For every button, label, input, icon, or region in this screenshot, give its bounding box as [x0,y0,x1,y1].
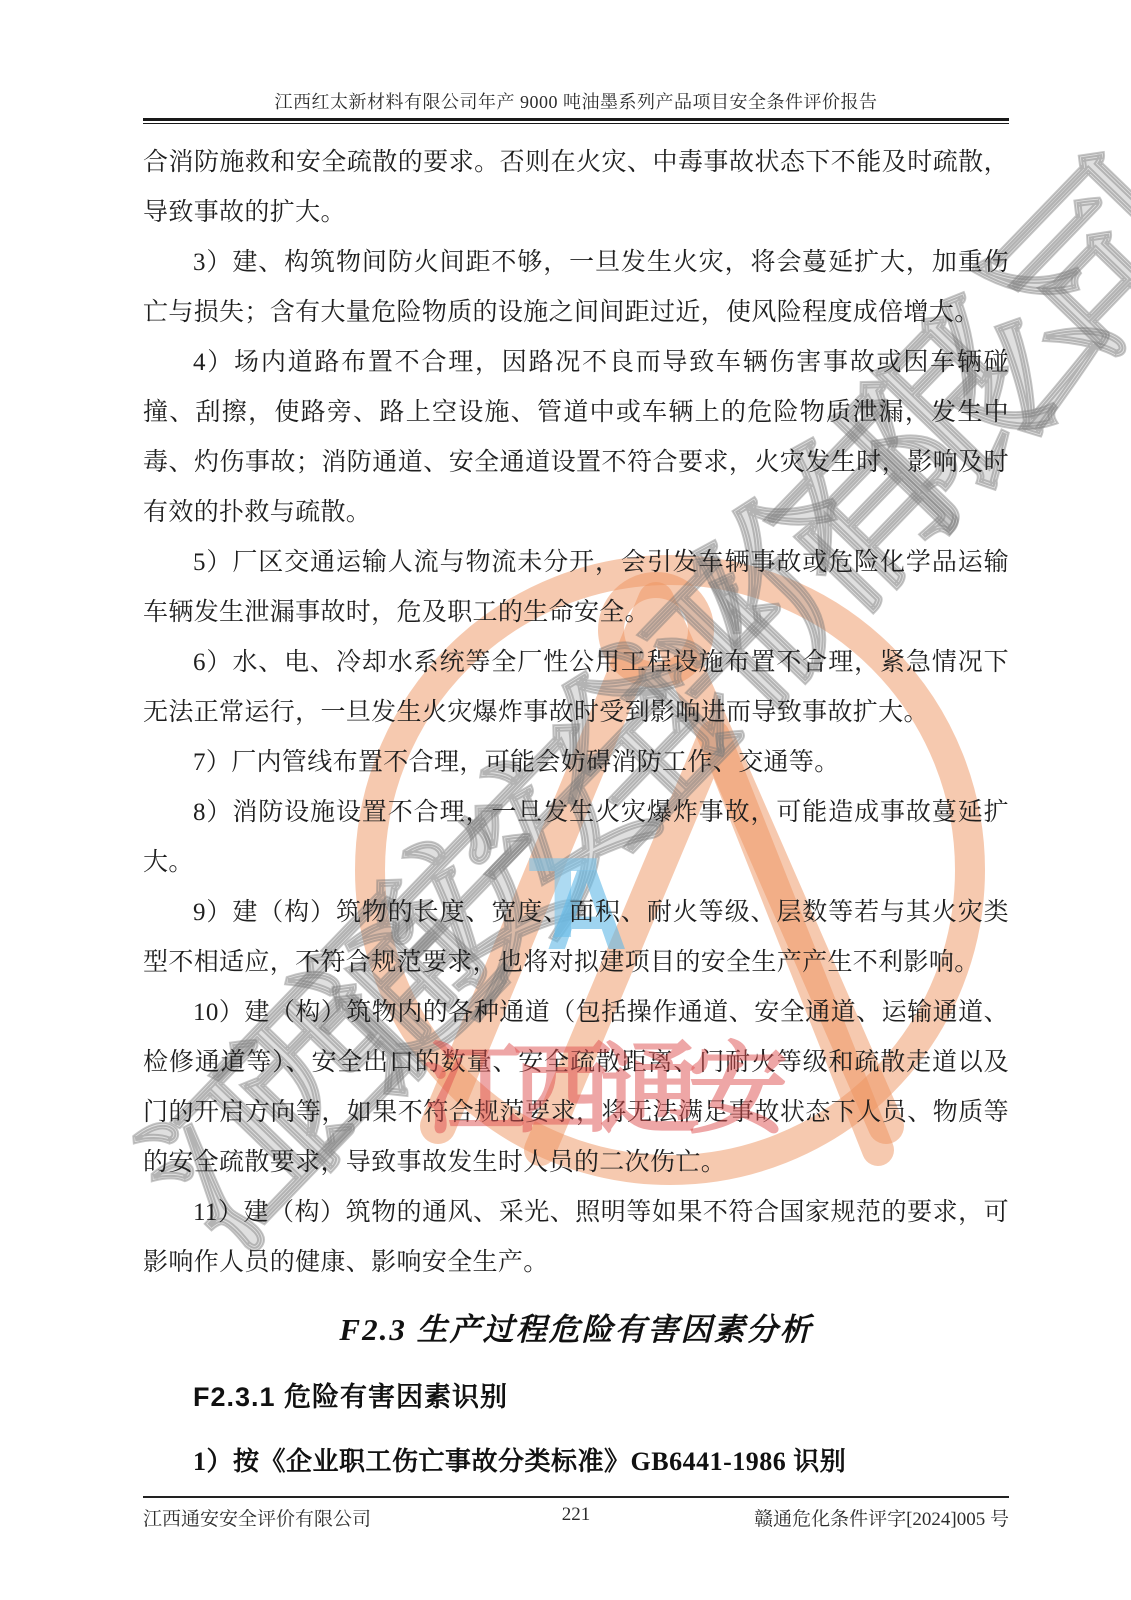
body-paragraph: 11）建（构）筑物的通风、采光、照明等如果不符合国家规范的要求，可影响作人员的健… [143,1188,1009,1288]
subsection-item: 1）按《企业职工伤亡事故分类标准》GB6441-1986 识别 [143,1443,1009,1481]
page-content: 江西红太新材料有限公司年产 9000 吨油墨系列产品项目安全条件评价报告 合消防… [143,0,1009,1481]
red-text-watermark: 江西通安 [424,1040,776,1140]
body-paragraph: 8）消防设施设置不合理，一旦发生火灾爆炸事故，可能造成事故蔓延扩大。 [143,788,1009,888]
opening-paragraph: 合消防施救和安全疏散的要求。否则在火灾、中毒事故状态下不能及时疏散，导致事故的扩… [143,138,1009,238]
body-paragraph: 7）厂内管线布置不合理，可能会妨碍消防工作、交通等。 [143,738,1009,788]
body-paragraph: 4）场内道路布置不合理，因路况不良而导致车辆伤害事故或因车辆碰撞、刮擦，使路旁、… [143,338,1009,538]
page-footer: 221 江西通安安全评价有限公司 赣通危化条件评字[2024]005 号 [143,1496,1009,1531]
footer-company: 江西通安安全评价有限公司 [143,1504,371,1531]
footer-rule [143,1496,1009,1498]
footer-doc-number: 赣通危化条件评字[2024]005 号 [754,1504,1009,1531]
header-rule [143,118,1009,124]
body-paragraph: 9）建（构）筑物的长度、宽度、面积、耐火等级、层数等若与其火灾类型不相适应，不符… [143,888,1009,988]
page-header-title: 江西红太新材料有限公司年产 9000 吨油墨系列产品项目安全条件评价报告 [143,0,1009,114]
body-paragraph: 6）水、电、冷却水系统等全厂性公用工程设施布置不合理，紧急情况下无法正常运行，一… [143,638,1009,738]
body-paragraph: 3）建、构筑物间防火间距不够，一旦发生火灾，将会蔓延扩大，加重伤亡与损失；含有大… [143,238,1009,338]
subsection-heading: F2.3.1 危险有害因素识别 [143,1378,1009,1416]
document-page: 江西通安安全评价有限公司 TA 江西通安 江西红太新材料有限公司年产 9000 … [0,0,1131,1600]
body-paragraph: 5）厂区交通运输人流与物流未分开，会引发车辆事故或危险化学品运输车辆发生泄漏事故… [143,538,1009,638]
section-heading: F2.3 生产过程危险有害因素分析 [143,1308,1009,1352]
